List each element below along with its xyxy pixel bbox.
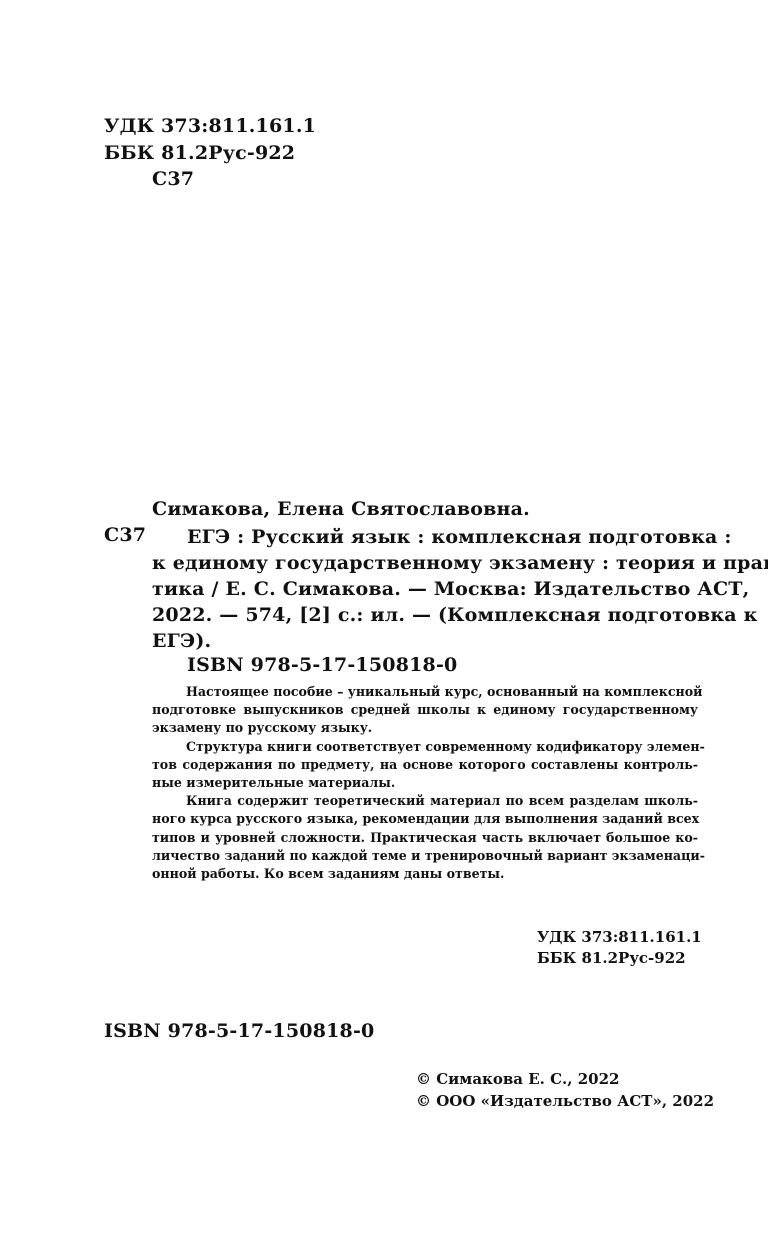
udk-code: УДК 373:811.161.1 [537, 927, 702, 948]
copyright-author: © Симакова Е. С., 2022 [416, 1068, 714, 1090]
copyright-block: © Симакова Е. С., 2022 © ООО «Издательст… [416, 1068, 714, 1112]
annotation-line: экзамену по русскому языку. [152, 719, 698, 737]
annotation-line: ного курса русского языка, рекомендации … [152, 810, 698, 828]
entry-line: к единому государственному экзамену : те… [152, 550, 698, 576]
isbn-bottom: ISBN 978-5-17-150818-0 [104, 1020, 374, 1042]
author-cipher: С37 [104, 166, 316, 193]
entry-cipher: С37 [104, 524, 146, 546]
entry-line: тика / Е. С. Симакова. — Москва: Издател… [152, 576, 698, 602]
annotation-line: Настоящее пособие – уникальный курс, осн… [152, 683, 698, 701]
entry-line: 2022. — 574, [2] с.: ил. — (Комплексная … [152, 602, 698, 628]
annotation-paragraph: Настоящее пособие – уникальный курс, осн… [152, 683, 698, 738]
annotation: Настоящее пособие – уникальный курс, осн… [152, 683, 698, 883]
annotation-line: подготовке выпускников средней школы к е… [152, 701, 698, 719]
annotation-paragraph: Структура книги соответствует современно… [152, 738, 698, 793]
annotation-paragraph: Книга содержит теоретический материал по… [152, 792, 698, 883]
annotation-line: типов и уровней сложности. Практическая … [152, 829, 698, 847]
annotation-line: Книга содержит теоретический материал по… [152, 792, 698, 810]
classification-codes-top: УДК 373:811.161.1 ББК 81.2Рус-922 С37 [104, 113, 316, 193]
classification-codes-bottom: УДК 373:811.161.1 ББК 81.2Рус-922 [537, 927, 702, 969]
udk-code: УДК 373:811.161.1 [104, 113, 316, 140]
bibliographic-entry: ЕГЭ : Русский язык : комплексная подгото… [152, 524, 698, 654]
isbn-entry: ISBN 978-5-17-150818-0 [187, 654, 457, 676]
annotation-line: ные измерительные материалы. [152, 774, 698, 792]
annotation-line: личество заданий по каждой теме и тренир… [152, 847, 698, 865]
entry-line: ЕГЭ : Русский язык : комплексная подгото… [152, 524, 698, 550]
annotation-line: Структура книги соответствует современно… [152, 738, 698, 756]
author-heading: Симакова, Елена Святославовна. [152, 498, 530, 520]
copyright-publisher: © ООО «Издательство АСТ», 2022 [416, 1090, 714, 1112]
entry-line: ЕГЭ). [152, 628, 698, 654]
annotation-line: онной работы. Ко всем заданиям даны отве… [152, 865, 698, 883]
bbk-code: ББК 81.2Рус-922 [537, 948, 702, 969]
bbk-code: ББК 81.2Рус-922 [104, 140, 316, 167]
annotation-line: тов содержания по предмету, на основе ко… [152, 756, 698, 774]
